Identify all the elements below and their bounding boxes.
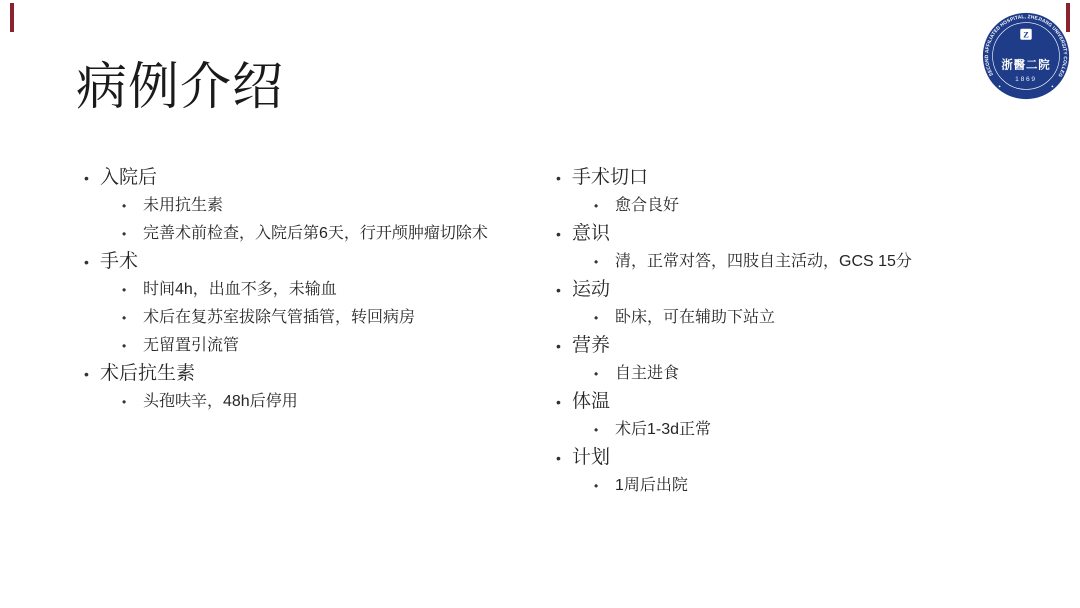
sub-bullet-label: 术后在复苏室拔除气管插管，转回病房 (143, 304, 415, 331)
bullet-label: 体温 (572, 388, 610, 415)
sub-bullet-item-right-2-0: •卧床，可在辅助下站立 (554, 304, 1004, 332)
sub-bullet-item-right-0-0: •愈合良好 (554, 192, 1004, 220)
sub-bullet-item-right-5-0: •1周后出院 (554, 472, 1004, 500)
bullet-item-left-2: •术后抗生素 (82, 360, 547, 388)
right-column: •手术切口•愈合良好•意识•清，正常对答，四肢自主活动，GCS 15分•运动•卧… (554, 164, 1004, 500)
sub-bullet-item-right-4-0: •术后1-3d正常 (554, 416, 1004, 444)
bullet-icon: • (594, 249, 615, 276)
bullet-icon: • (122, 277, 143, 304)
bullet-icon: • (556, 165, 572, 192)
left-column: •入院后•未用抗生素•完善术前检查，入院后第6天，行开颅肿瘤切除术•手术•时间4… (82, 164, 547, 416)
bullet-icon: • (594, 193, 615, 220)
bullet-icon: • (594, 473, 615, 500)
bullet-label: 手术切口 (572, 164, 648, 191)
sub-bullet-item-right-1-0: •清，正常对答，四肢自主活动，GCS 15分 (554, 248, 1004, 276)
bullet-icon: • (122, 221, 143, 248)
bullet-icon: • (556, 277, 572, 304)
sub-bullet-label: 自主进食 (615, 360, 679, 387)
sub-bullet-item-left-0-1: •完善术前检查，入院后第6天，行开颅肿瘤切除术 (82, 220, 547, 248)
sub-bullet-item-left-0-0: •未用抗生素 (82, 192, 547, 220)
seal-hospital-name: 浙醫二院 (1001, 57, 1050, 71)
bullet-label: 术后抗生素 (100, 360, 195, 387)
sub-bullet-label: 1周后出院 (615, 472, 688, 499)
bullet-icon: • (556, 445, 572, 472)
bullet-item-right-3: •营养 (554, 332, 1004, 360)
sub-bullet-label: 清，正常对答，四肢自主活动，GCS 15分 (615, 248, 912, 275)
bullet-item-right-0: •手术切口 (554, 164, 1004, 192)
seal-founding-year: 1869 (1015, 76, 1037, 83)
sub-bullet-item-left-2-0: •头孢呋辛，48h后停用 (82, 388, 547, 416)
slide-title: 病例介绍 (76, 58, 284, 117)
bullet-icon: • (122, 305, 143, 332)
bullet-item-left-1: •手术 (82, 248, 547, 276)
sub-bullet-label: 术后1-3d正常 (615, 416, 711, 443)
sub-bullet-label: 愈合良好 (615, 192, 679, 219)
bullet-item-right-5: •计划 (554, 444, 1004, 472)
seal-rim-dot (1052, 85, 1054, 87)
sub-bullet-item-left-1-1: •术后在复苏室拔除气管插管，转回病房 (82, 304, 547, 332)
bullet-icon: • (122, 333, 143, 360)
bullet-label: 手术 (100, 248, 138, 275)
bullet-item-right-2: •运动 (554, 276, 1004, 304)
bullet-icon: • (594, 305, 615, 332)
bullet-item-right-1: •意识 (554, 220, 1004, 248)
bullet-icon: • (556, 221, 572, 248)
hospital-seal-logo: SECOND AFFILIATED HOSPITAL, ZHEJIANG UNI… (982, 12, 1070, 100)
bullet-label: 意识 (572, 220, 610, 247)
bullet-icon: • (84, 165, 100, 192)
sub-bullet-item-left-1-0: •时间4h，出血不多，未输血 (82, 276, 547, 304)
sub-bullet-label: 头孢呋辛，48h后停用 (143, 388, 298, 415)
bullet-label: 计划 (572, 444, 610, 471)
bullet-item-left-0: •入院后 (82, 164, 547, 192)
sub-bullet-item-right-3-0: •自主进食 (554, 360, 1004, 388)
bullet-icon: • (594, 361, 615, 388)
bullet-label: 运动 (572, 276, 610, 303)
bullet-label: 入院后 (100, 164, 157, 191)
bullet-label: 营养 (572, 332, 610, 359)
bullet-icon: • (84, 361, 100, 388)
red-accent-left (10, 3, 14, 32)
bullet-icon: • (556, 333, 572, 360)
sub-bullet-label: 卧床，可在辅助下站立 (615, 304, 775, 331)
seal-monogram-icon: Z (1023, 31, 1029, 40)
bullet-icon: • (122, 193, 143, 220)
sub-bullet-item-left-1-2: •无留置引流管 (82, 332, 547, 360)
bullet-icon: • (594, 417, 615, 444)
sub-bullet-label: 时间4h，出血不多，未输血 (143, 276, 337, 303)
presentation-slide: 病例介绍 SECOND AFFILIATED HOSPITAL, ZHEJIAN… (0, 0, 1080, 608)
bullet-icon: • (122, 389, 143, 416)
bullet-icon: • (84, 249, 100, 276)
bullet-item-right-4: •体温 (554, 388, 1004, 416)
seal-disc (983, 13, 1069, 99)
sub-bullet-label: 无留置引流管 (143, 332, 239, 359)
seal-rim-dot (999, 85, 1001, 87)
bullet-icon: • (556, 389, 572, 416)
sub-bullet-label: 未用抗生素 (143, 192, 223, 219)
sub-bullet-label: 完善术前检查，入院后第6天，行开颅肿瘤切除术 (143, 220, 488, 247)
